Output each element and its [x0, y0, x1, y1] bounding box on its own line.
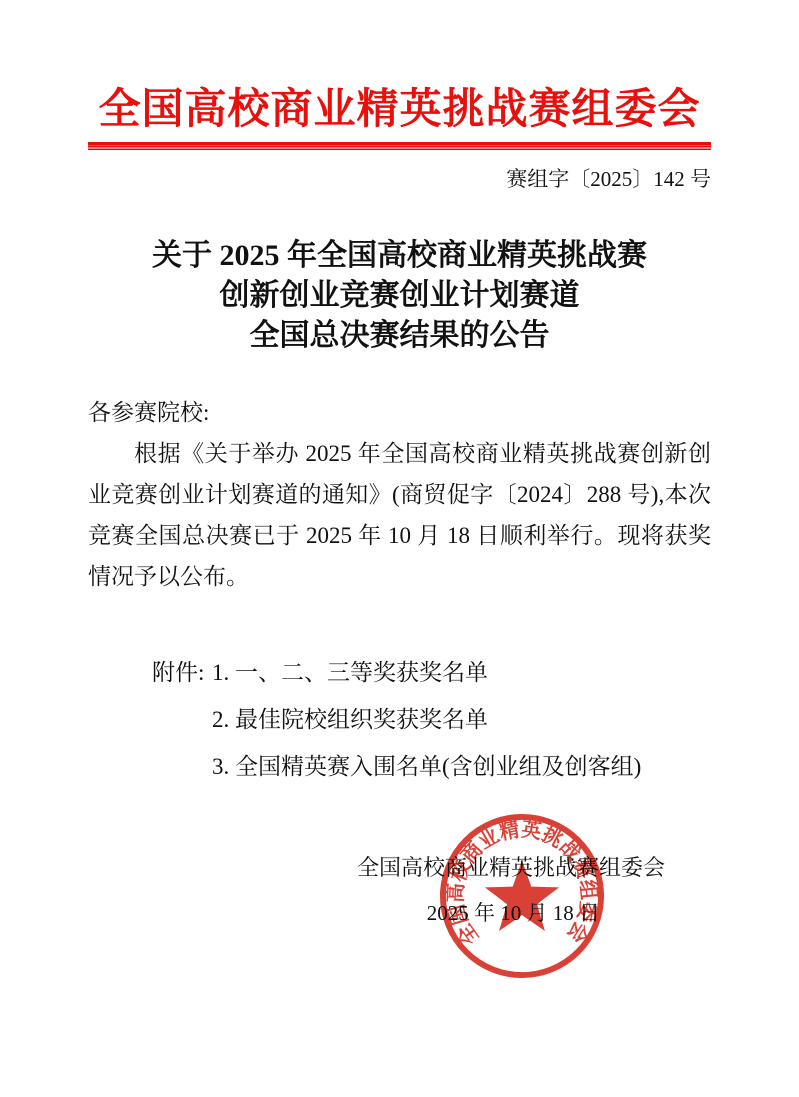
letterhead-red-rule — [88, 142, 711, 150]
attachments-label: 附件: — [152, 649, 212, 696]
signature-date: 2025 年 10 月 18 日 — [88, 898, 711, 928]
salutation: 各参赛院校: — [88, 392, 711, 433]
document-title-line-3: 全国总决赛结果的公告 — [88, 316, 711, 356]
signature-org-name: 全国高校商业精英挑战赛组委会 — [88, 852, 711, 884]
document-page: 全国高校商业精英挑战赛组委会 赛组字〔2025〕142 号 关于 2025 年全… — [0, 0, 799, 1097]
attachment-row: 附件: 1. 一、二、三等奖获奖名单 — [152, 649, 711, 696]
document-title-line-2: 创新创业竞赛创业计划赛道 — [88, 276, 711, 316]
attachments-label-spacer — [152, 743, 212, 790]
document-number: 赛组字〔2025〕142 号 — [88, 164, 711, 194]
document-content: 全国高校商业精英挑战赛组委会 赛组字〔2025〕142 号 关于 2025 年全… — [0, 0, 799, 928]
attachment-row: 3. 全国精英赛入围名单(含创业组及创客组) — [152, 743, 711, 790]
attachments-list: 附件: 1. 一、二、三等奖获奖名单 2. 最佳院校组织奖获奖名单 3. 全国精… — [88, 649, 711, 790]
document-title: 关于 2025 年全国高校商业精英挑战赛 创新创业竞赛创业计划赛道 全国总决赛结… — [88, 236, 711, 356]
document-title-line-1: 关于 2025 年全国高校商业精英挑战赛 — [88, 236, 711, 276]
body-paragraph: 根据《关于举办 2025 年全国高校商业精英挑战赛创新创业竞赛创业计划赛道的通知… — [88, 433, 711, 597]
attachment-item-3: 3. 全国精英赛入围名单(含创业组及创客组) — [212, 743, 711, 790]
attachment-item-2: 2. 最佳院校组织奖获奖名单 — [212, 696, 711, 743]
attachment-row: 2. 最佳院校组织奖获奖名单 — [152, 696, 711, 743]
letterhead-org-name: 全国高校商业精英挑战赛组委会 — [88, 0, 711, 134]
attachments-label-spacer — [152, 696, 212, 743]
document-body: 各参赛院校: 根据《关于举办 2025 年全国高校商业精英挑战赛创新创业竞赛创业… — [88, 392, 711, 597]
attachment-item-1: 1. 一、二、三等奖获奖名单 — [212, 649, 711, 696]
